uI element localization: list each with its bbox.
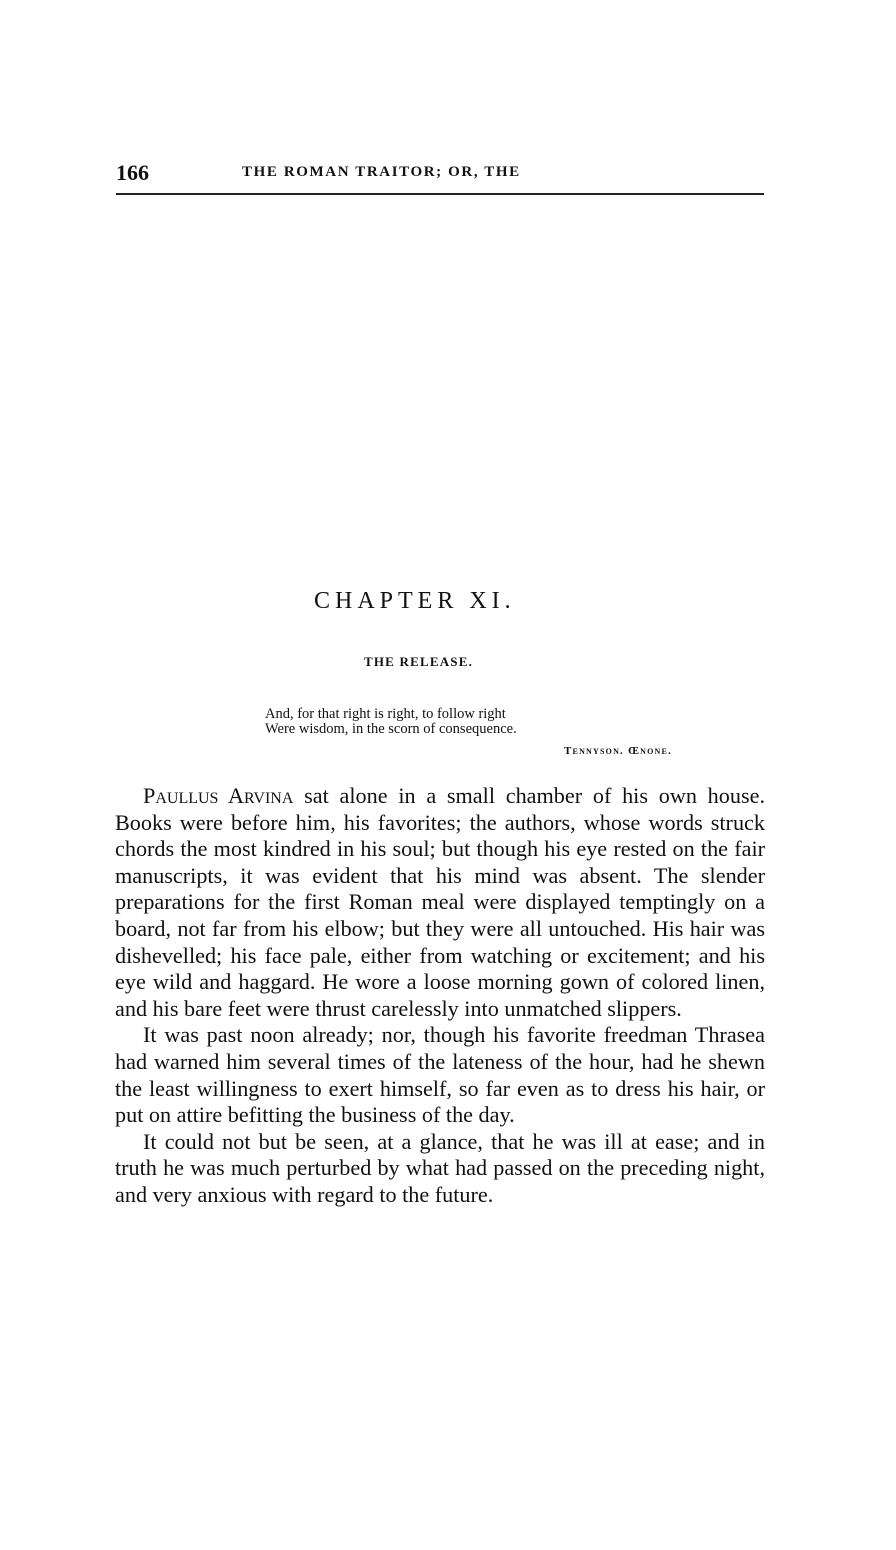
- paragraph: It was past noon already; nor, though hi…: [115, 1022, 765, 1128]
- page-number: 166: [116, 160, 149, 186]
- paragraph: It could not but be seen, at a glance, t…: [115, 1129, 765, 1209]
- paragraph: Paullus Arvina sat alone in a small cham…: [115, 783, 765, 1022]
- body-text: Paullus Arvina sat alone in a small cham…: [115, 783, 765, 1209]
- epigraph-attribution: Tennyson. Œnone.: [564, 745, 672, 757]
- header-rule: [116, 193, 764, 195]
- chapter-subtitle: THE RELEASE.: [364, 654, 473, 670]
- chapter-title: CHAPTER XI.: [314, 588, 516, 615]
- epigraph: And, for that right is right, to follow …: [265, 707, 765, 737]
- epigraph-line: Were wisdom, in the scorn of consequence…: [265, 722, 765, 737]
- running-head: 166 THE ROMAN TRAITOR; OR, THE: [116, 160, 764, 190]
- lead-name: Paullus Arvina: [143, 783, 293, 808]
- epigraph-line: And, for that right is right, to follow …: [265, 707, 765, 722]
- running-title: THE ROMAN TRAITOR; OR, THE: [242, 164, 521, 181]
- paragraph-text: sat alone in a small chamber of his own …: [115, 783, 765, 1021]
